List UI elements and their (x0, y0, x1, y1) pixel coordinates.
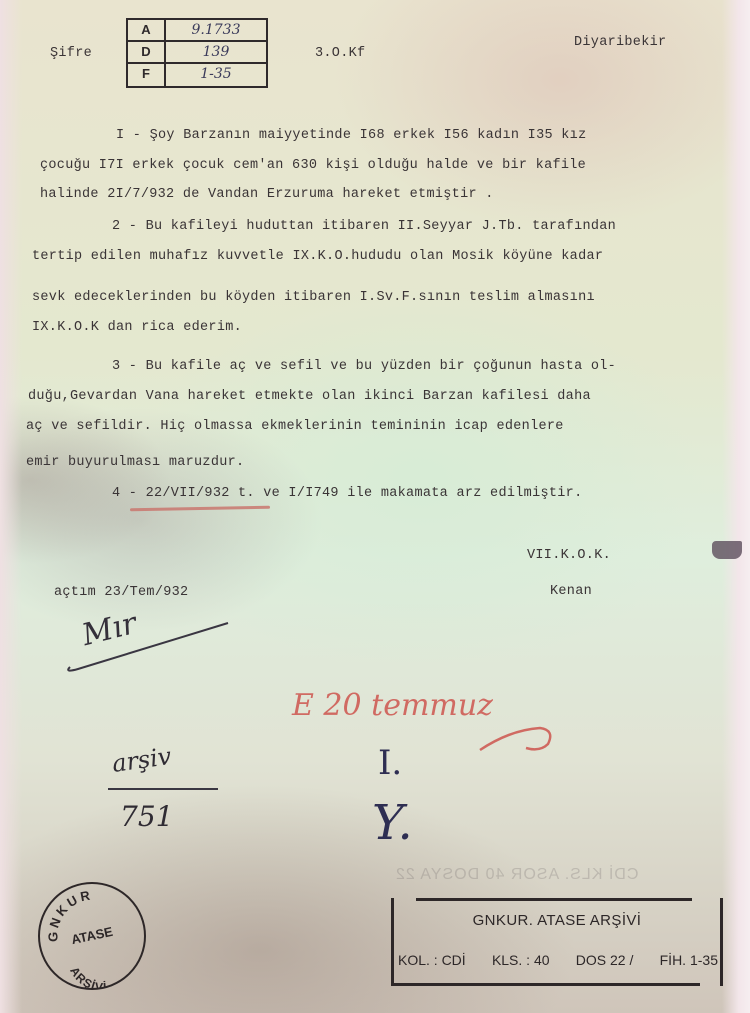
red-flourish-icon (470, 710, 560, 760)
reference-value: 139 (166, 42, 266, 62)
reference-key: F (128, 64, 166, 86)
signature-stroke-icon (60, 615, 250, 675)
reference-value: 1-35 (166, 64, 266, 86)
paragraph-3-line-3: aç ve sefildir. Hiç olmassa ekmeklerinin… (26, 419, 564, 434)
handwritten-file-number: 751 (120, 800, 173, 833)
archive-dos-field: DOS 22 / (576, 952, 634, 968)
page-edge-right (722, 0, 750, 1013)
paragraph-2-line-4: IX.K.O.K dan rica ederim. (32, 320, 242, 335)
stamp-bottom-text: ARŞİVİ (67, 964, 108, 988)
paragraph-1-line-2: çocuğu I7I erkek çocuk cem'an 630 kişi o… (40, 158, 586, 173)
reference-key: A (128, 20, 166, 40)
paper-clip-shadow (712, 541, 742, 559)
archive-stamp-title: GNKUR. ATASE ARŞİVİ (394, 912, 720, 929)
paragraph-1-line-1: I - Şoy Barzanın maiyyetinde I68 erkek I… (116, 128, 586, 143)
page-edge-left (0, 0, 22, 1013)
archive-stamp-fields: KOL. : CDİ KLS. : 40 DOS 22 / FİH. 1-35 (398, 952, 718, 968)
reference-table: A 9.1733 D 139 F 1-35 (126, 18, 268, 88)
paragraph-1-line-3: halinde 2I/7/932 de Vandan Erzuruma hare… (40, 187, 494, 202)
handwritten-roman-mark: I. (378, 743, 402, 783)
reference-row-d: D 139 (128, 42, 266, 64)
archive-kol-field: KOL. : CDİ (398, 952, 466, 968)
paragraph-2-line-1: 2 - Bu kafileyi huduttan itibaren II.Sey… (112, 219, 616, 234)
paragraph-2-line-2: tertip edilen muhafız kuvvetle IX.K.O.hu… (32, 249, 603, 264)
paragraph-3-line-2: duğu,Gevardan Vana hareket etmekte olan … (28, 389, 591, 404)
archive-reference-stamp: GNKUR. ATASE ARŞİVİ KOL. : CDİ KLS. : 40… (391, 898, 723, 986)
cipher-label: Şifre (50, 46, 92, 61)
archive-kls-field: KLS. : 40 (492, 952, 550, 968)
stamp-bottom-border (394, 983, 700, 986)
handwritten-initial: Y. (372, 795, 413, 851)
archive-fih-field: FİH. 1-35 (660, 952, 718, 968)
paragraph-3-line-1: 3 - Bu kafile aç ve sefil ve bu yüzden b… (112, 359, 616, 374)
reference-row-a: A 9.1733 (128, 20, 266, 42)
paragraph-4: 4 - 22/VII/932 t. ve I/I749 ile makamata… (112, 486, 582, 501)
bleed-through-text: CDİ KLS. ASOR 40 DOSYA 22 (395, 866, 638, 884)
reference-value: 9.1733 (166, 20, 266, 40)
archival-document-page (0, 0, 750, 1013)
stamp-top-border (416, 898, 692, 901)
location-heading: Diyaribekir (574, 35, 666, 50)
round-archive-stamp: GNKUR ARŞİVİ ATASE (38, 882, 146, 990)
unit-code: 3.O.Kf (315, 46, 365, 61)
svg-text:ARŞİVİ: ARŞİVİ (67, 964, 108, 988)
signature-command: VII.K.O.K. (527, 548, 611, 563)
reference-key: D (128, 42, 166, 62)
fraction-line (108, 788, 218, 790)
paragraph-2-line-3: sevk edeceklerinden bu köyden itibaren I… (32, 290, 595, 305)
paragraph-3-line-4: emir buyurulması maruzdur. (26, 455, 244, 470)
decrypted-note: açtım 23/Tem/932 (54, 585, 188, 600)
red-handwritten-note: E 20 temmuz (292, 688, 493, 723)
reference-row-f: F 1-35 (128, 64, 266, 86)
signature-name: Kenan (550, 584, 592, 599)
